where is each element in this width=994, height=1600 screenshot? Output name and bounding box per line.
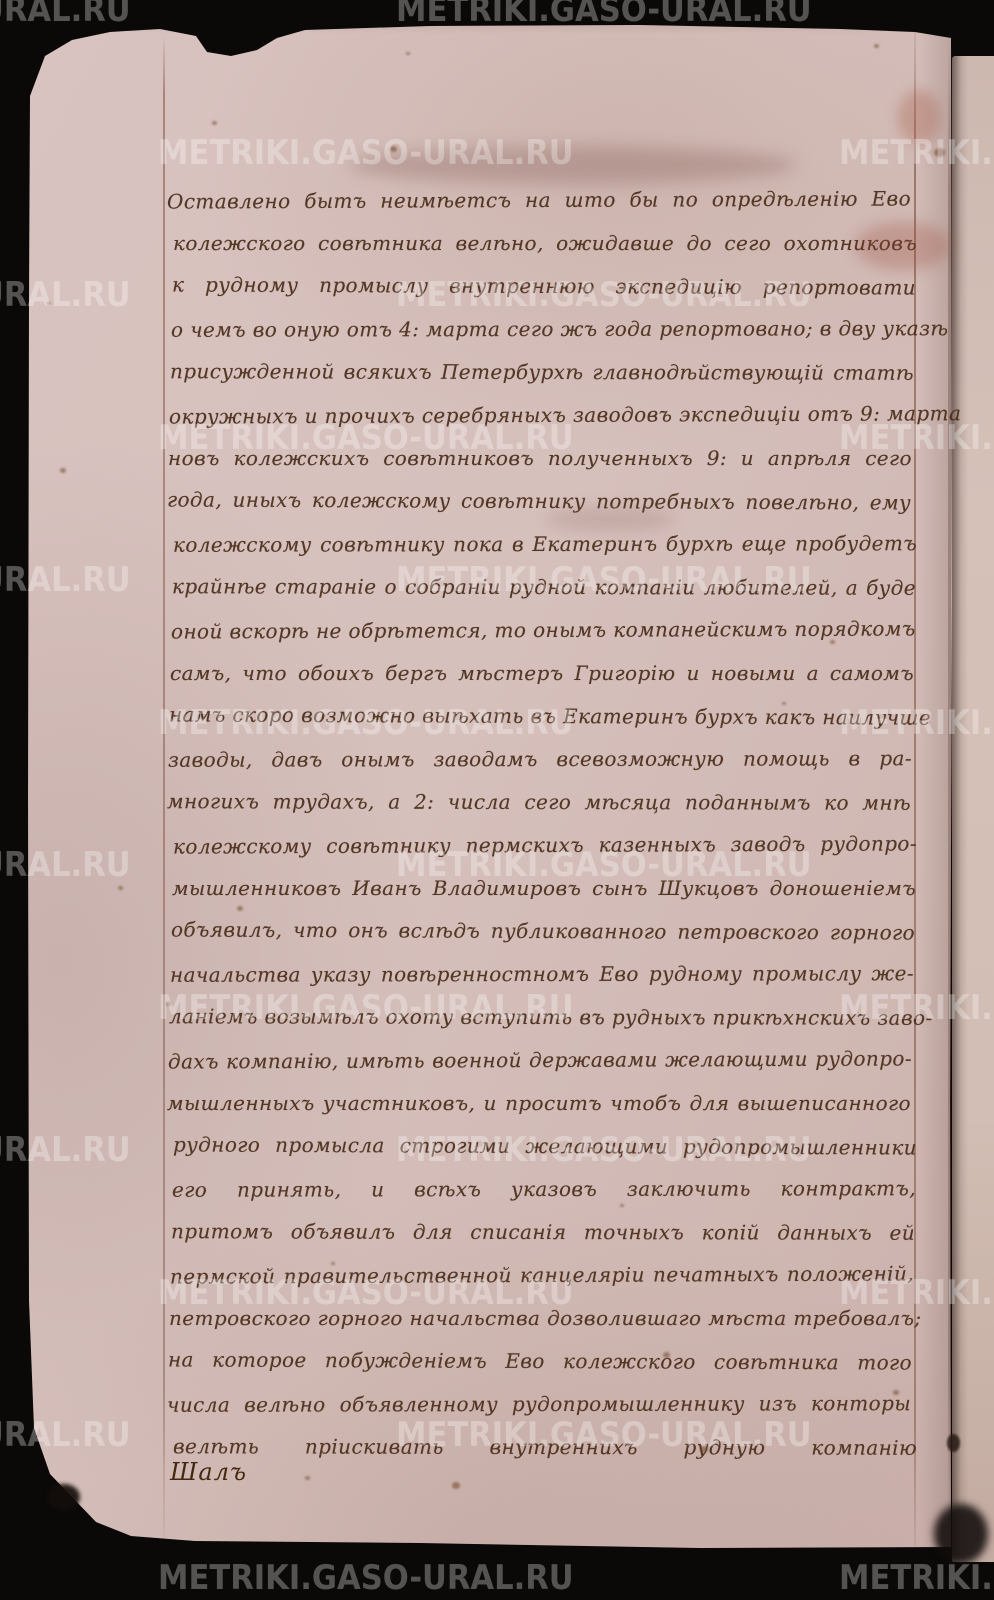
watermark-text: METRIKI.GASO-URAL.RU [158,1557,574,1599]
catchword: Шалъ [170,1458,247,1486]
manuscript-scan: Оставлено бытъ неимѣетсъ на што бы по оп… [0,0,994,1600]
adjacent-page-edge [952,56,994,1562]
manuscript-page [0,0,994,1600]
watermark-text: METRIKI.GASO-URAL.RU [839,1557,994,1599]
watermark-text: METRIKI.GASO-URAL.RU [0,0,131,31]
